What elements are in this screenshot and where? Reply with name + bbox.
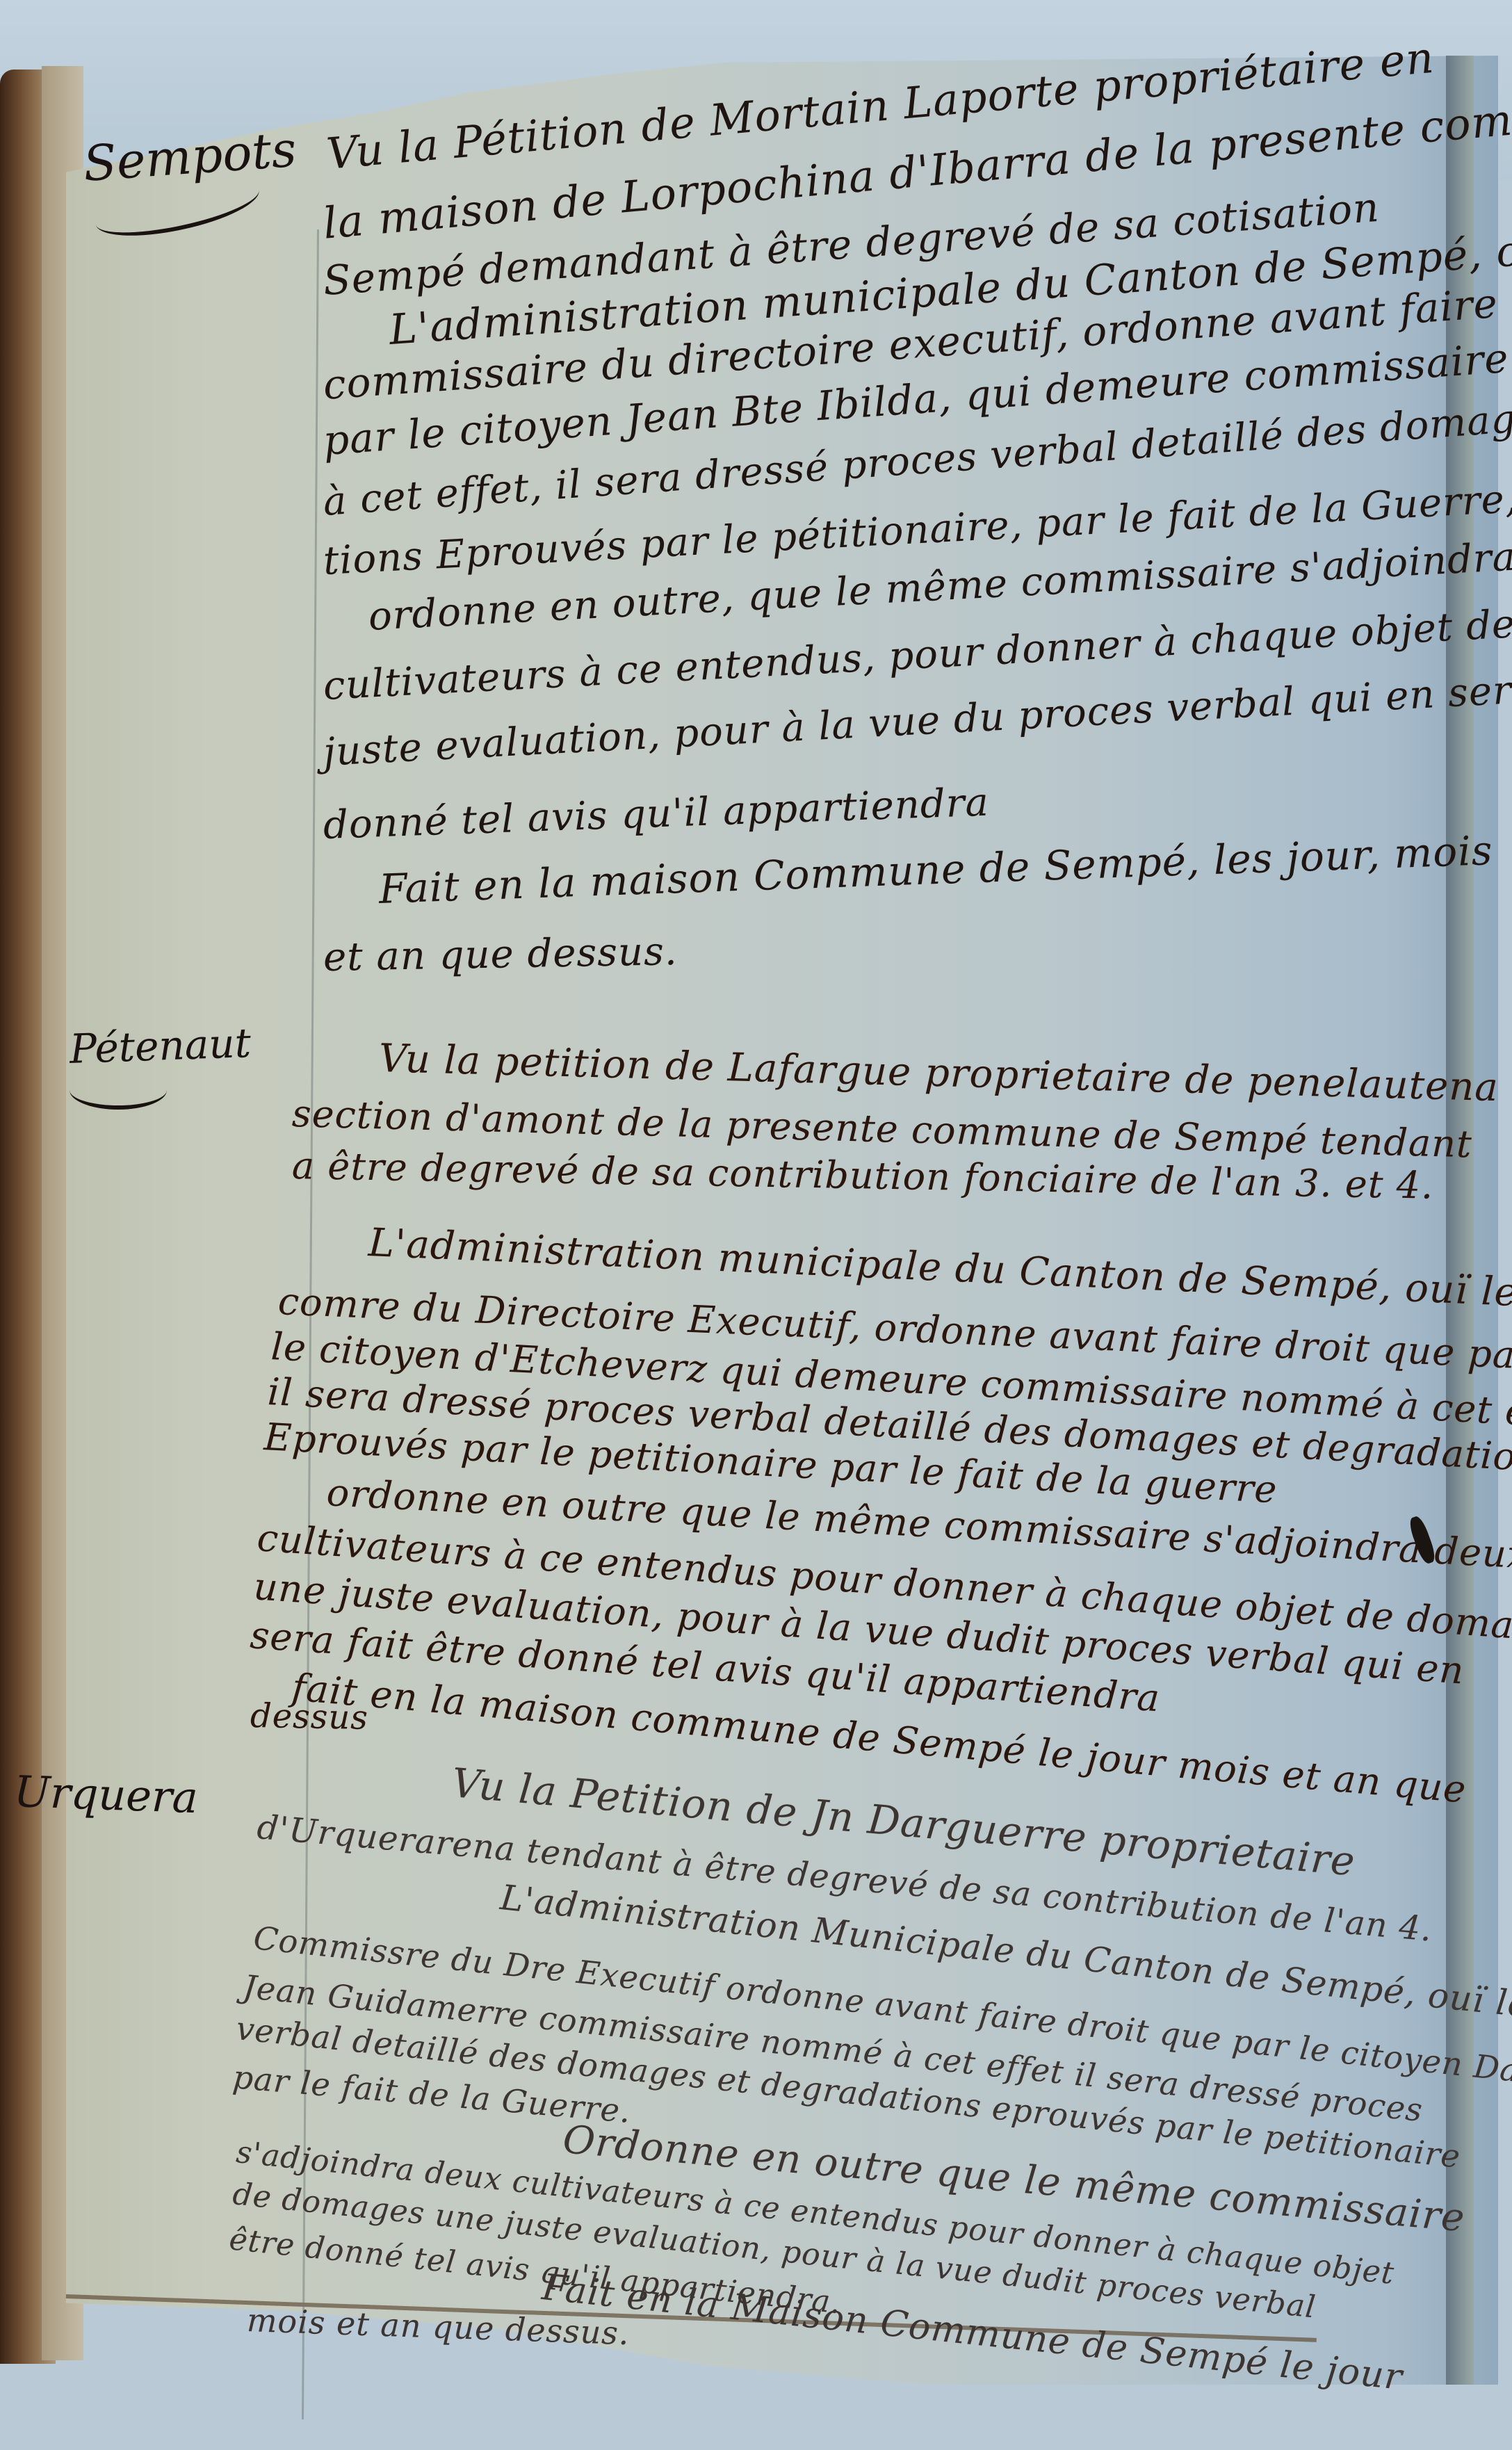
margin-name-urquera: Urquera bbox=[13, 1766, 199, 1823]
flourish-icon bbox=[70, 1071, 167, 1110]
margin-name-petenaut: Pétenaut bbox=[69, 1019, 252, 1073]
entry-1-line: et an que dessus. bbox=[323, 929, 678, 980]
entry-2-line: dessus bbox=[250, 1696, 369, 1737]
